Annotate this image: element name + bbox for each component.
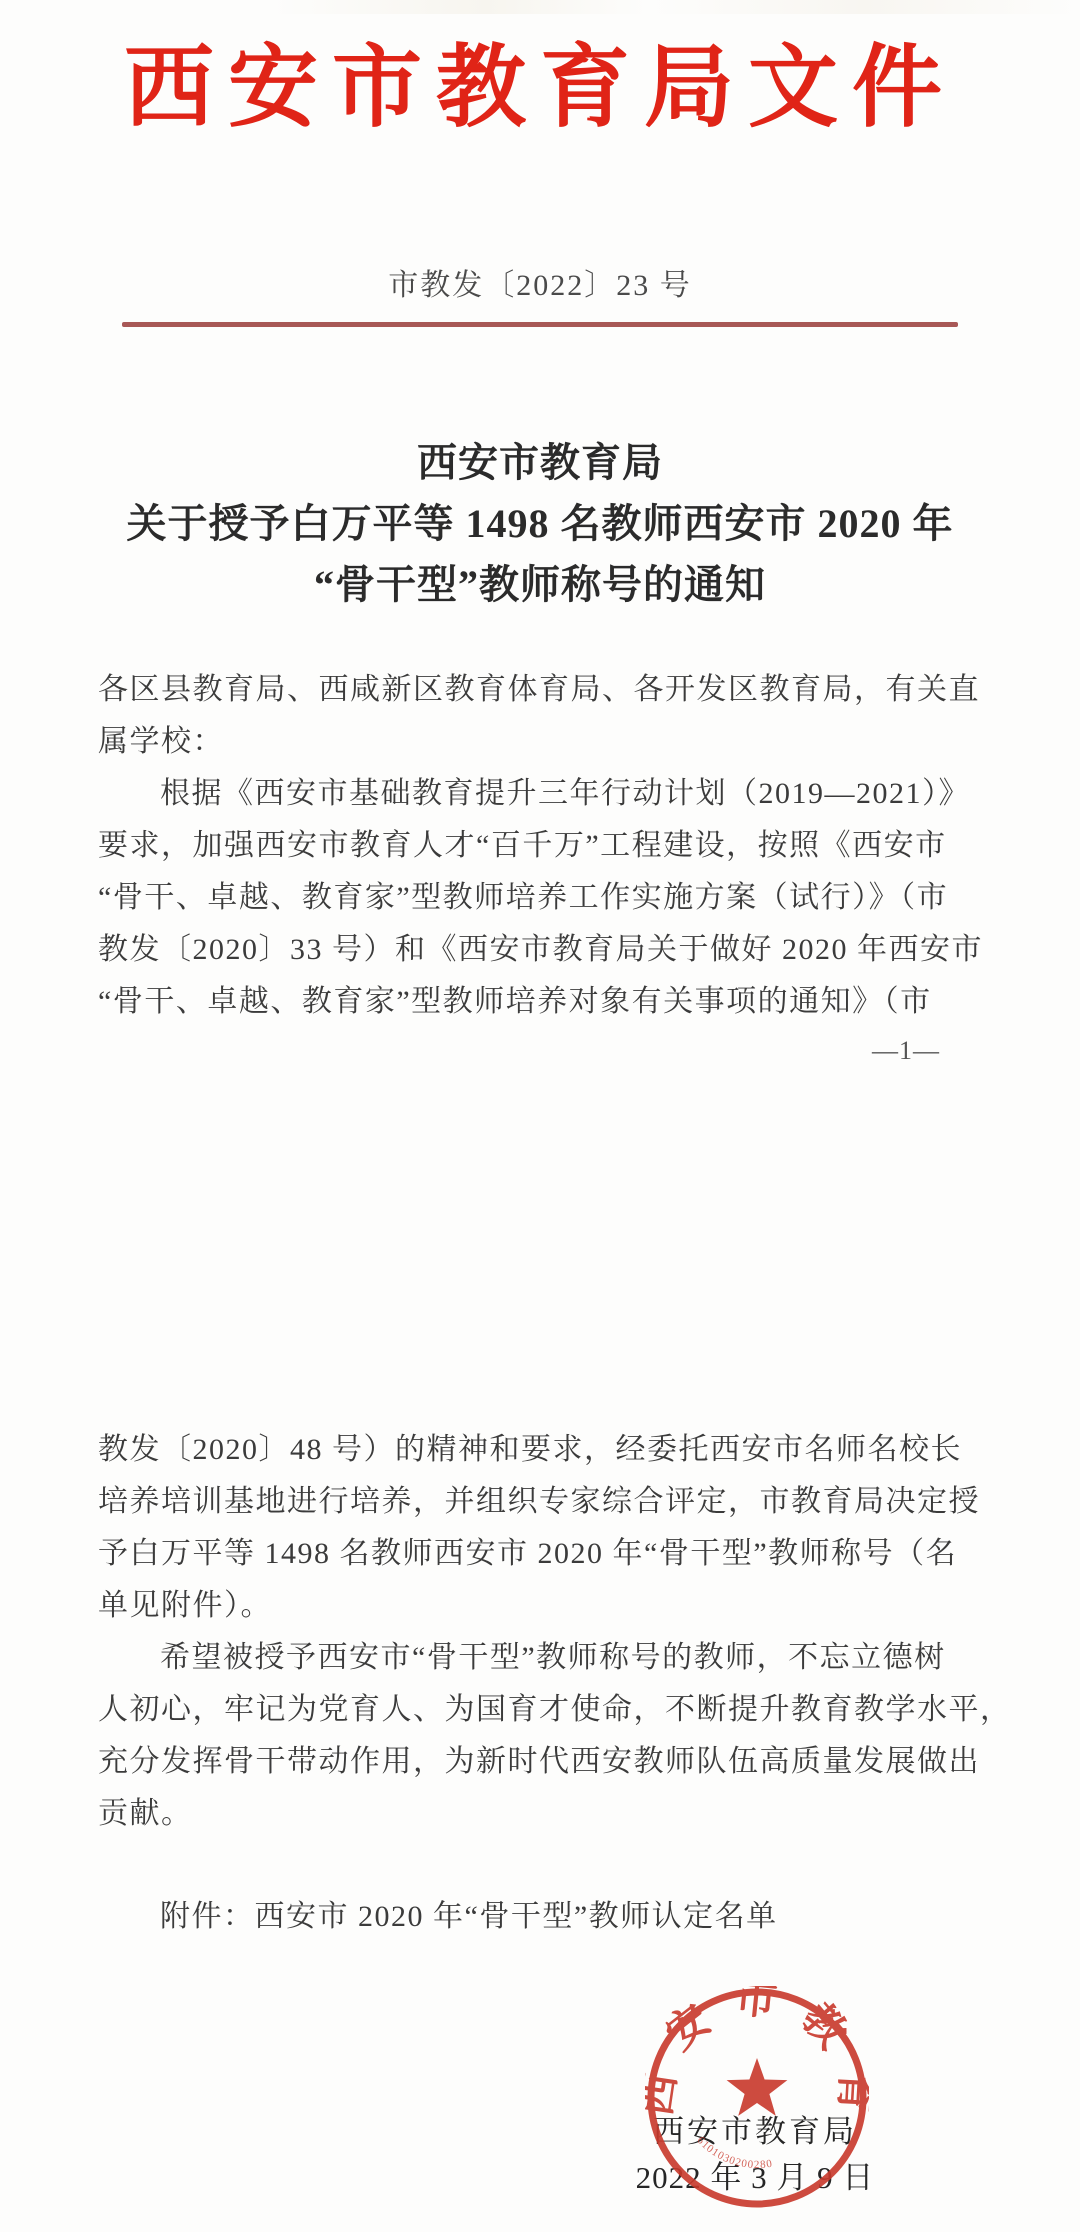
- attachment-line: 附件：西安市 2020 年“骨干型”教师认定名单: [98, 1894, 1044, 1940]
- body-text-line: 要求，加强西安市教育人才“百千万”工程建设，按照《西安市: [98, 820, 982, 872]
- signature-date: 2022 年 3 月 9 日: [630, 2152, 880, 2197]
- seal-ring-text: 西安市教育局: [645, 1986, 869, 2137]
- document-page: 西安市教育局文件 市教发〔2022〕23 号 西安市教育局 关于授予白万平等 1…: [0, 0, 1080, 2232]
- official-seal-icon: 西安市教育局 6101030200280: [645, 1986, 869, 2210]
- page1-body-text: 各区县教育局、西咸新区教育体育局、各开发区教育局，有关直属学校：根据《西安市基础…: [98, 664, 982, 1028]
- agency-header-title: 西安市教育局文件: [0, 14, 1080, 144]
- body-text-line: 希望被授予西安市“骨干型”教师称号的教师，不忘立德树: [98, 1632, 982, 1684]
- body-text-line: 单见附件）。: [98, 1580, 982, 1632]
- body-text-line: 各区县教育局、西咸新区教育体育局、各开发区教育局，有关直: [98, 664, 982, 716]
- document-title-line: 关于授予白万平等 1498 名教师西安市 2020 年: [60, 493, 1020, 554]
- page-number: —1—: [872, 1036, 940, 1066]
- seal-ring: [651, 1992, 863, 2204]
- body-text-line: 培养培训基地进行培养，并组织专家综合评定，市教育局决定授: [98, 1476, 982, 1528]
- page2-body-text: 教发〔2020〕48 号）的精神和要求，经委托西安市名师名校长培养培训基地进行培…: [98, 1424, 982, 1840]
- seal-star-icon: [727, 2058, 788, 2116]
- body-text-line: 教发〔2020〕33 号）和《西安市教育局关于做好 2020 年西安市: [98, 924, 982, 976]
- document-number: 市教发〔2022〕23 号: [0, 260, 1080, 304]
- document-title-line: “骨干型”教师称号的通知: [60, 554, 1020, 615]
- document-title-line: 西安市教育局: [60, 432, 1020, 493]
- seal-code: 6101030200280: [694, 2134, 773, 2171]
- signature-org-name: 西安市教育局: [640, 2106, 870, 2151]
- scan-artifact: [0, 0, 1080, 14]
- body-text-line: 充分发挥骨干带动作用，为新时代西安教师队伍高质量发展做出: [98, 1736, 982, 1788]
- document-title: 西安市教育局 关于授予白万平等 1498 名教师西安市 2020 年 “骨干型”…: [60, 432, 1020, 615]
- body-text-line: 人初心，牢记为党育人、为国育才使命，不断提升教育教学水平，: [98, 1684, 982, 1736]
- body-text-line: “骨干、卓越、教育家”型教师培养工作实施方案（试行）》（市: [98, 872, 982, 924]
- body-text-line: 根据《西安市基础教育提升三年行动计划（2019—2021）》: [98, 768, 982, 820]
- body-text-line: 予白万平等 1498 名教师西安市 2020 年“骨干型”教师称号（名: [98, 1528, 982, 1580]
- body-text-line: 属学校：: [98, 716, 982, 768]
- body-text-line: 教发〔2020〕48 号）的精神和要求，经委托西安市名师名校长: [98, 1424, 982, 1476]
- body-text-line: 贡献。: [98, 1788, 982, 1840]
- body-text-line: “骨干、卓越、教育家”型教师培养对象有关事项的通知》（市: [98, 976, 982, 1028]
- red-divider-rule: [122, 322, 958, 327]
